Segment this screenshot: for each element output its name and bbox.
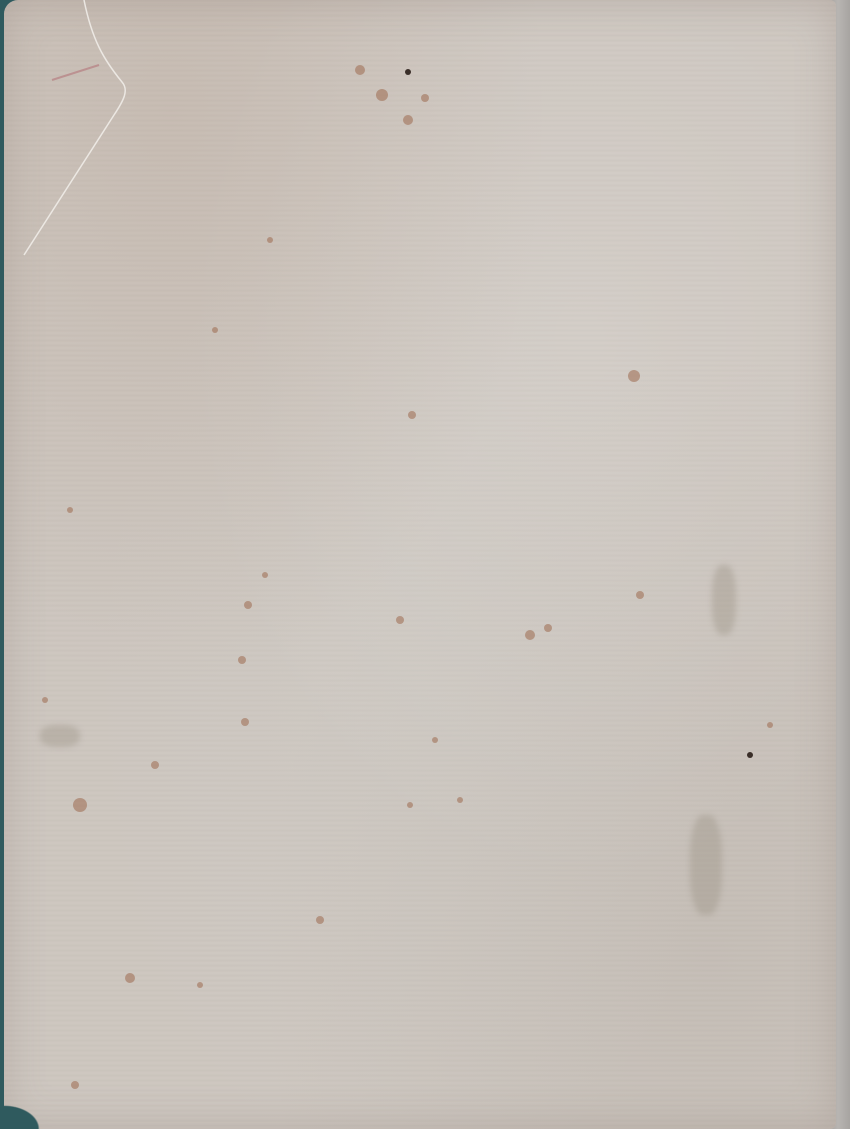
stain-spot [125, 973, 135, 983]
stain-spot [267, 237, 273, 243]
stain-smudge [40, 725, 80, 747]
stain-spot [42, 697, 48, 703]
stain-spot [212, 327, 218, 333]
stain-spot [71, 1081, 79, 1089]
stain-spot [316, 916, 324, 924]
stain-spot [151, 761, 159, 769]
stain-spot [544, 624, 552, 632]
stain-spot [421, 94, 429, 102]
stain-spot [67, 507, 73, 513]
stain-spot [244, 601, 252, 609]
stain-spot [525, 630, 535, 640]
stain-spot [767, 722, 773, 728]
stain-spot [407, 802, 413, 808]
torn-corner [4, 1089, 64, 1129]
stain-spot [628, 370, 640, 382]
stain-spot [376, 89, 388, 101]
stain-spot [73, 798, 87, 812]
stain-spot [403, 115, 413, 125]
stain-spot [238, 656, 246, 664]
stain-spot [636, 591, 644, 599]
stain-spot [405, 69, 411, 75]
stain-spot [262, 572, 268, 578]
stain-spot [432, 737, 438, 743]
stain-spot [355, 65, 365, 75]
stain-spot [457, 797, 463, 803]
stain-spot [396, 616, 404, 624]
stain-spot [197, 982, 203, 988]
stain-spot [408, 411, 416, 419]
stain-spot [241, 718, 249, 726]
stain-spot [747, 752, 753, 758]
crack-line [4, 0, 144, 260]
stain-smudge [712, 565, 736, 635]
aged-paper-sheet [4, 0, 836, 1129]
stain-smudge [690, 815, 722, 915]
